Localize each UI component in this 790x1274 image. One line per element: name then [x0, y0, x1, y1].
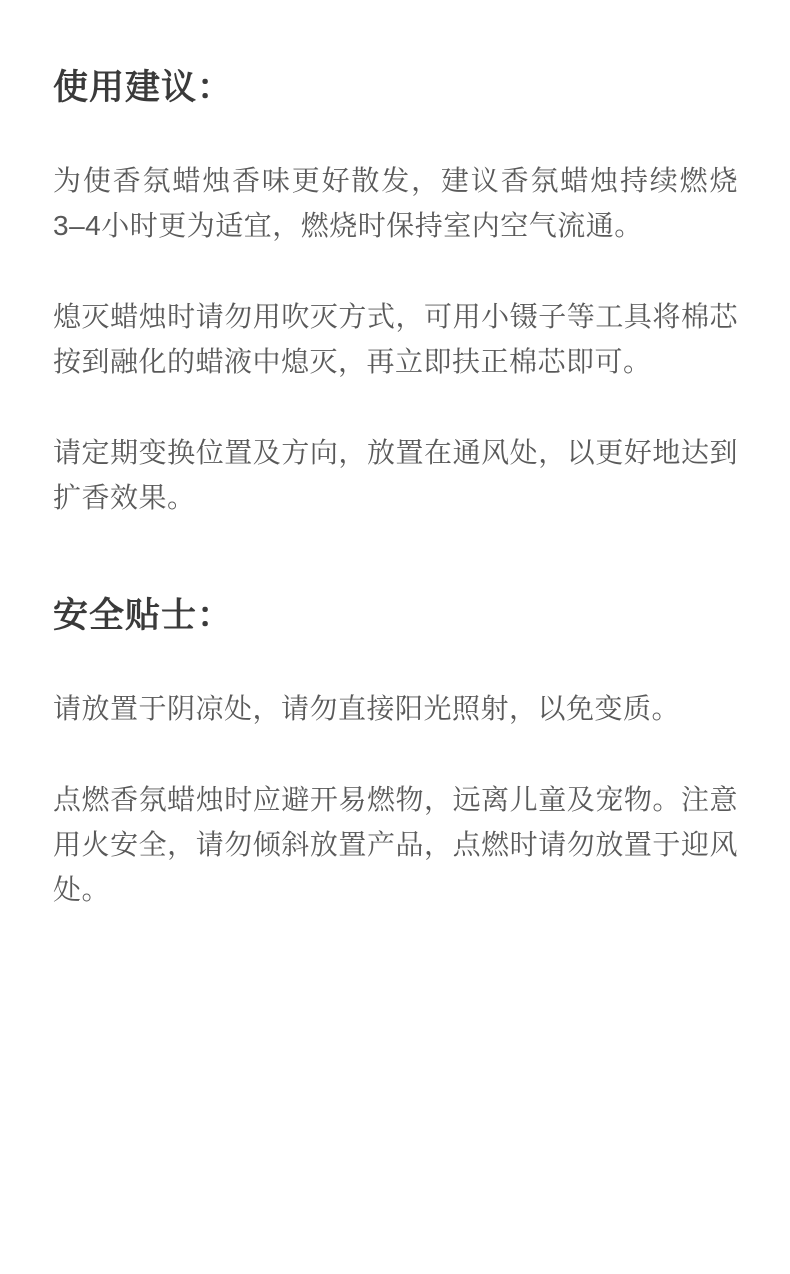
usage-suggestions-heading: 使用建议： [53, 62, 738, 114]
safety-tips-heading: 安全贴士： [53, 590, 738, 642]
usage-paragraph-extinguish-method: 熄灭蜡烛时请勿用吹灭方式，可用小镊子等工具将棉芯按到融化的蜡液中熄灭，再立即扶正… [53, 294, 738, 384]
product-detail-text-page: 使用建议： 为使香氛蜡烛香味更好散发，建议香氛蜡烛持续燃烧3–4小时更为适宜，燃… [0, 0, 790, 912]
safety-tips-section: 安全贴士： 请放置于阴凉处，请勿直接阳光照射，以免变质。 点燃香氛蜡烛时应避开易… [53, 590, 738, 912]
usage-suggestions-section: 使用建议： 为使香氛蜡烛香味更好散发，建议香氛蜡烛持续燃烧3–4小时更为适宜，燃… [53, 62, 738, 520]
usage-paragraph-burn-duration: 为使香氛蜡烛香味更好散发，建议香氛蜡烛持续燃烧3–4小时更为适宜，燃烧时保持室内… [53, 158, 738, 248]
safety-paragraph-fire-safety: 点燃香氛蜡烛时应避开易燃物，远离儿童及宠物。注意用火安全，请勿倾斜放置产品，点燃… [53, 777, 738, 912]
safety-paragraph-storage: 请放置于阴凉处，请勿直接阳光照射，以免变质。 [53, 686, 738, 731]
usage-paragraph-placement-rotation: 请定期变换位置及方向，放置在通风处，以更好地达到扩香效果。 [53, 430, 738, 520]
